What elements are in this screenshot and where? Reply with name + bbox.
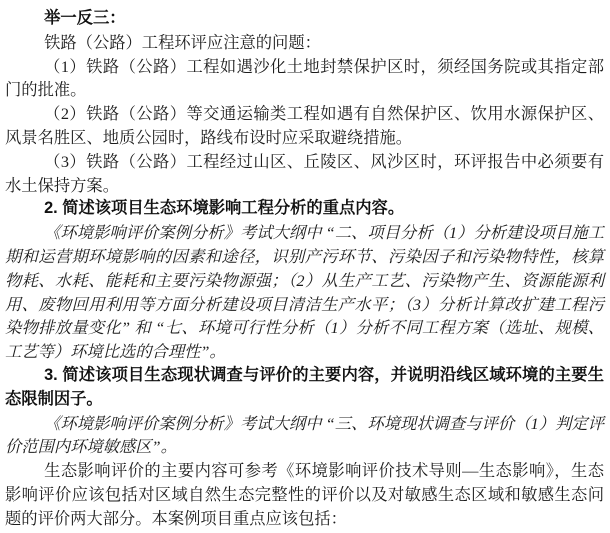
document-page: 举一反三： 铁路（公路）工程环评应注意的问题： （1）铁路（公路）工程如遇沙化土… <box>0 0 610 533</box>
para-item-3: （3）铁路（公路）工程经过山区、丘陵区、风沙区时，环评报告中必须要有水土保持方案… <box>5 150 604 198</box>
para-intro-issues: 铁路（公路）工程环评应注意的问题： <box>5 31 604 55</box>
para-item-1: （1）铁路（公路）工程如遇沙化土地封禁保护区时，须经国务院或其指定部门的批准。 <box>5 55 604 103</box>
para-syllabus-quote-3: 《环境影响评价案例分析》考试大纲中 “三、环境现状调查与评价（1）判定评价范围内… <box>5 412 604 460</box>
question-heading-3: 3. 简述该项目生态现状调查与评价的主要内容，并说明沿线区域环境的主要生态限制因… <box>5 364 604 412</box>
section-heading-extension: 举一反三： <box>5 7 604 31</box>
para-eco-assessment-scope: 生态影响评价的主要内容可参考《环境影响评价技术导则—生态影响》，生态影响评价应该… <box>5 459 604 530</box>
para-syllabus-quote-2: 《环境影响评价案例分析》考试大纲中 “二、项目分析（1）分析建设项目施工期和运营… <box>5 221 604 364</box>
para-item-2: （2）铁路（公路）等交通运输类工程如遇有自然保护区、饮用水源保护区、风景名胜区、… <box>5 102 604 150</box>
question-heading-2: 2. 简述该项目生态环境影响工程分析的重点内容。 <box>5 197 604 221</box>
